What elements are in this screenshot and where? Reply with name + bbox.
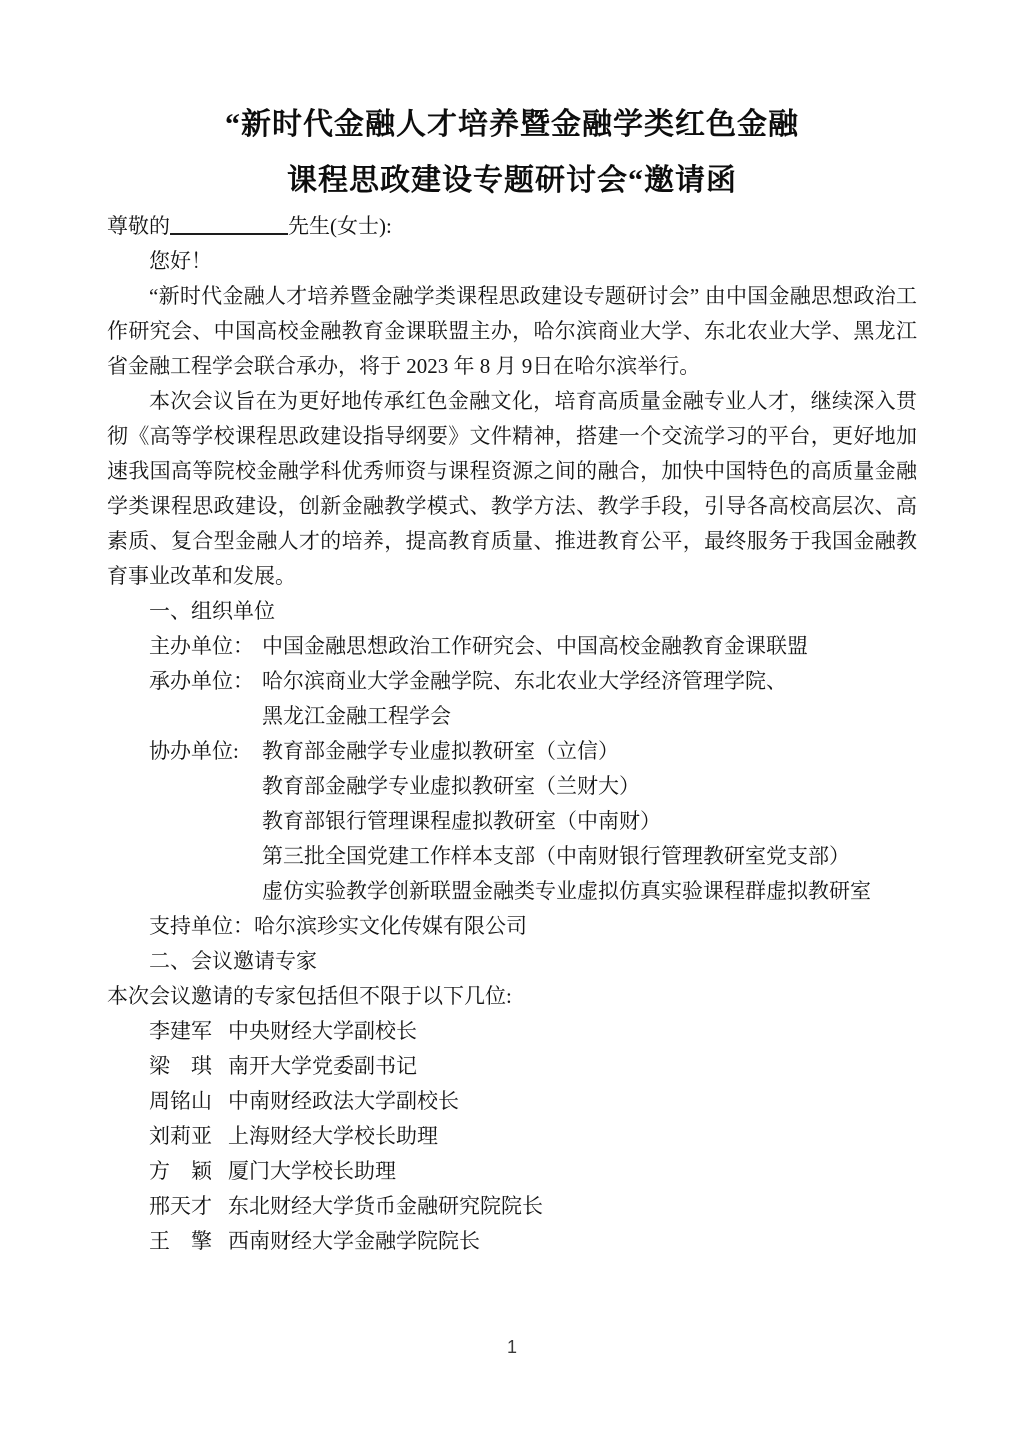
org-content-line: 哈尔滨商业大学金融学院、东北农业大学经济管理学院、: [262, 664, 917, 699]
section-heading-experts: 二、会议邀请专家: [149, 944, 917, 979]
experts-list: 李建军中央财经大学副校长 梁 琪南开大学党委副书记 周铭山中南财经政法大学副校长…: [149, 1014, 917, 1259]
greeting-line: 您好！: [107, 244, 917, 279]
org-content-supporter: 哈尔滨珍实文化传媒有限公司: [254, 909, 917, 944]
experts-intro-line: 本次会议邀请的专家包括但不限于以下几位:: [107, 979, 917, 1014]
expert-row: 周铭山中南财经政法大学副校长: [149, 1084, 917, 1119]
org-content-coorganizer: 教育部金融学专业虚拟教研室（立信） 教育部金融学专业虚拟教研室（兰财大） 教育部…: [262, 734, 917, 909]
expert-title: 中南财经政法大学副校长: [228, 1089, 459, 1113]
expert-title: 厦门大学校长助理: [228, 1159, 396, 1183]
expert-name: 周铭山: [149, 1084, 213, 1119]
expert-title: 上海财经大学校长助理: [228, 1124, 438, 1148]
org-label-supporter: 支持单位：: [149, 909, 254, 944]
org-content-host: 中国金融思想政治工作研究会、中国高校金融教育金课联盟: [262, 629, 917, 664]
expert-name: 方 颖: [149, 1154, 213, 1189]
expert-row: 刘莉亚上海财经大学校长助理: [149, 1119, 917, 1154]
org-row-coorganizer: 协办单位: 教育部金融学专业虚拟教研室（立信） 教育部金融学专业虚拟教研室（兰财…: [149, 734, 917, 909]
expert-title: 南开大学党委副书记: [228, 1054, 417, 1078]
org-content-organizer: 哈尔滨商业大学金融学院、东北农业大学经济管理学院、 黑龙江金融工程学会: [262, 664, 917, 734]
expert-title: 西南财经大学金融学院院长: [228, 1229, 480, 1253]
org-row-supporter: 支持单位： 哈尔滨珍实文化传媒有限公司: [149, 909, 917, 944]
expert-name: 李建军: [149, 1014, 213, 1049]
org-row-host: 主办单位： 中国金融思想政治工作研究会、中国高校金融教育金课联盟: [149, 629, 917, 664]
expert-name: 王 擎: [149, 1224, 213, 1259]
recipient-name-blank: [170, 210, 288, 235]
org-content-line: 第三批全国党建工作样本支部（中南财银行管理教研室党支部）: [262, 839, 917, 874]
expert-row: 李建军中央财经大学副校长: [149, 1014, 917, 1049]
document-title-line-2: 课程思政建设专题研讨会“邀请函: [107, 153, 917, 209]
org-label-organizer: 承办单位：: [149, 664, 262, 734]
org-label-coorganizer: 协办单位:: [149, 734, 262, 909]
org-content-line: 教育部金融学专业虚拟教研室（兰财大）: [262, 769, 917, 804]
org-content-line: 教育部金融学专业虚拟教研室（立信）: [262, 734, 917, 769]
expert-name: 邢天才: [149, 1189, 213, 1224]
expert-name: 刘莉亚: [149, 1119, 213, 1154]
document-page: “新时代金融人才培养暨金融学类红色金融 课程思政建设专题研讨会“邀请函 尊敬的先…: [0, 0, 1024, 1447]
org-content-line: 中国金融思想政治工作研究会、中国高校金融教育金课联盟: [262, 629, 917, 664]
org-content-line: 教育部银行管理课程虚拟教研室（中南财）: [262, 804, 917, 839]
expert-row: 邢天才东北财经大学货币金融研究院院长: [149, 1189, 917, 1224]
expert-title: 中央财经大学副校长: [228, 1019, 417, 1043]
expert-row: 梁 琪南开大学党委副书记: [149, 1049, 917, 1084]
document-content: “新时代金融人才培养暨金融学类红色金融 课程思政建设专题研讨会“邀请函 尊敬的先…: [107, 0, 917, 1259]
org-label-host: 主办单位：: [149, 629, 262, 664]
page-number: 1: [0, 1337, 1024, 1358]
expert-row: 方 颖厦门大学校长助理: [149, 1154, 917, 1189]
section-heading-organization: 一、组织单位: [149, 594, 917, 629]
document-title: “新时代金融人才培养暨金融学类红色金融 课程思政建设专题研讨会“邀请函: [107, 97, 917, 209]
organization-section: 一、组织单位 主办单位： 中国金融思想政治工作研究会、中国高校金融教育金课联盟 …: [149, 594, 917, 979]
org-content-line: 虚仿实验教学创新联盟金融类专业虚拟仿真实验课程群虚拟教研室: [262, 874, 917, 909]
document-title-line-1: “新时代金融人才培养暨金融学类红色金融: [107, 97, 917, 153]
body-paragraph-2: 本次会议旨在为更好地传承红色金融文化，培育高质量金融专业人才，继续深入贯彻《高等…: [107, 384, 917, 594]
org-content-line: 哈尔滨珍实文化传媒有限公司: [254, 909, 917, 944]
org-content-line: 黑龙江金融工程学会: [262, 699, 917, 734]
expert-name: 梁 琪: [149, 1049, 213, 1084]
salutation-suffix: 先生(女士):: [288, 214, 392, 238]
expert-title: 东北财经大学货币金融研究院院长: [228, 1194, 543, 1218]
org-row-organizer: 承办单位： 哈尔滨商业大学金融学院、东北农业大学经济管理学院、 黑龙江金融工程学…: [149, 664, 917, 734]
salutation-line: 尊敬的先生(女士):: [107, 209, 917, 244]
salutation-prefix: 尊敬的: [107, 214, 170, 238]
body-paragraph-1: “新时代金融人才培养暨金融学类课程思政建设专题研讨会” 由中国金融思想政治工作研…: [107, 279, 917, 384]
expert-row: 王 擎西南财经大学金融学院院长: [149, 1224, 917, 1259]
